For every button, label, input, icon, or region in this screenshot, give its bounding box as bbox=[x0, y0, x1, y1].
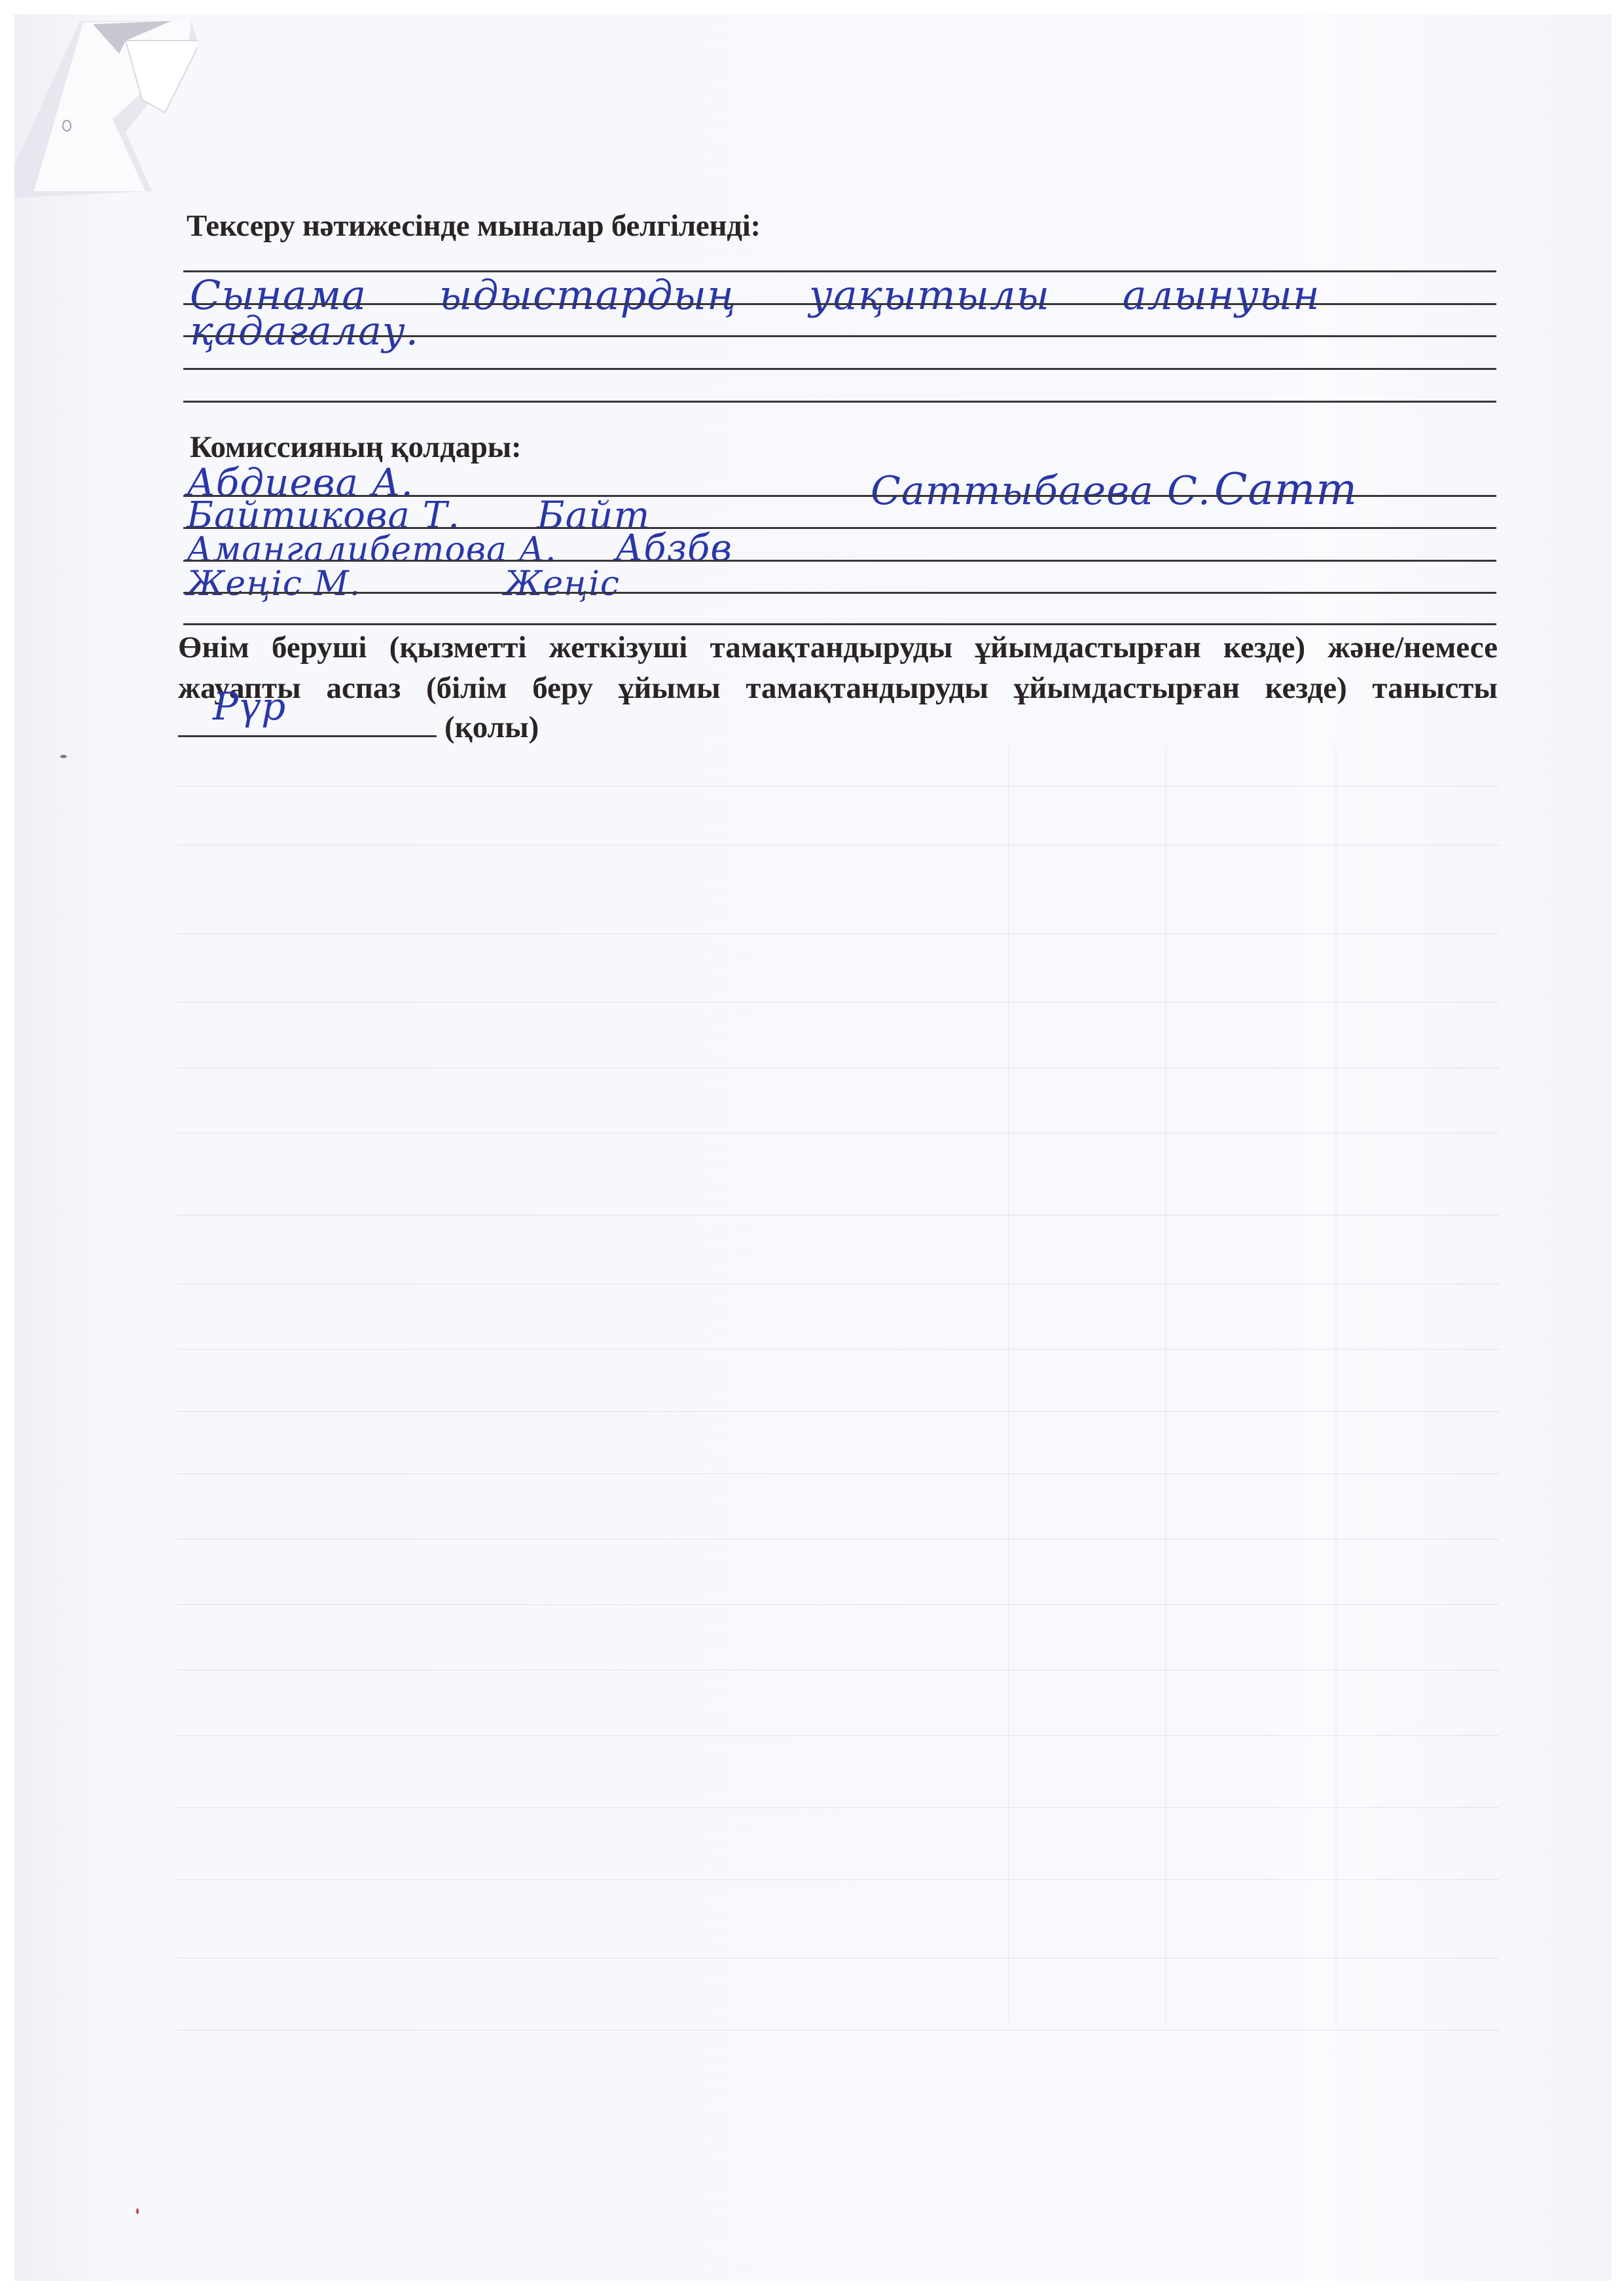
commission-line-4[interactable] bbox=[183, 592, 1496, 594]
scanned-page bbox=[14, 14, 1612, 2281]
commission-member-right-name[interactable]: Саттыбаева С. bbox=[871, 471, 1211, 511]
commission-member-4-signature[interactable]: Жеңіс bbox=[504, 567, 620, 601]
findings-line-3[interactable] bbox=[183, 335, 1496, 337]
commission-heading: Комиссияның қолдары: bbox=[190, 432, 521, 463]
findings-handwritten-line-2[interactable]: қадағалау. bbox=[190, 312, 419, 351]
commission-line-5[interactable] bbox=[183, 623, 1496, 625]
commission-line-3[interactable] bbox=[183, 560, 1496, 562]
scan-speck bbox=[60, 755, 67, 758]
commission-member-3-name[interactable]: Амангалибетова А. bbox=[187, 533, 556, 567]
commission-line-2[interactable] bbox=[183, 527, 1496, 529]
scan-speck bbox=[136, 2208, 139, 2214]
findings-line-5[interactable] bbox=[183, 401, 1496, 403]
findings-line-2[interactable] bbox=[183, 303, 1496, 305]
acknowledgement-line-1: Өнім беруші (қызметті жеткізуші тамақтан… bbox=[178, 627, 1498, 668]
folded-corner bbox=[14, 14, 198, 198]
findings-line-4[interactable] bbox=[183, 368, 1496, 370]
commission-member-4-name[interactable]: Жеңіс М. bbox=[187, 567, 361, 601]
findings-heading: Тексеру нәтижесінде мыналар белгіленді: bbox=[187, 211, 761, 242]
acknowledgement-sign-label: (қолы) bbox=[444, 710, 539, 744]
acknowledgement-signature[interactable]: Рүр bbox=[213, 687, 286, 725]
commission-member-right-signature[interactable]: Сатт bbox=[1214, 468, 1358, 511]
acknowledgement-line-2: жауапты аспаз (білім беру ұйымы тамақтан… bbox=[178, 668, 1498, 708]
